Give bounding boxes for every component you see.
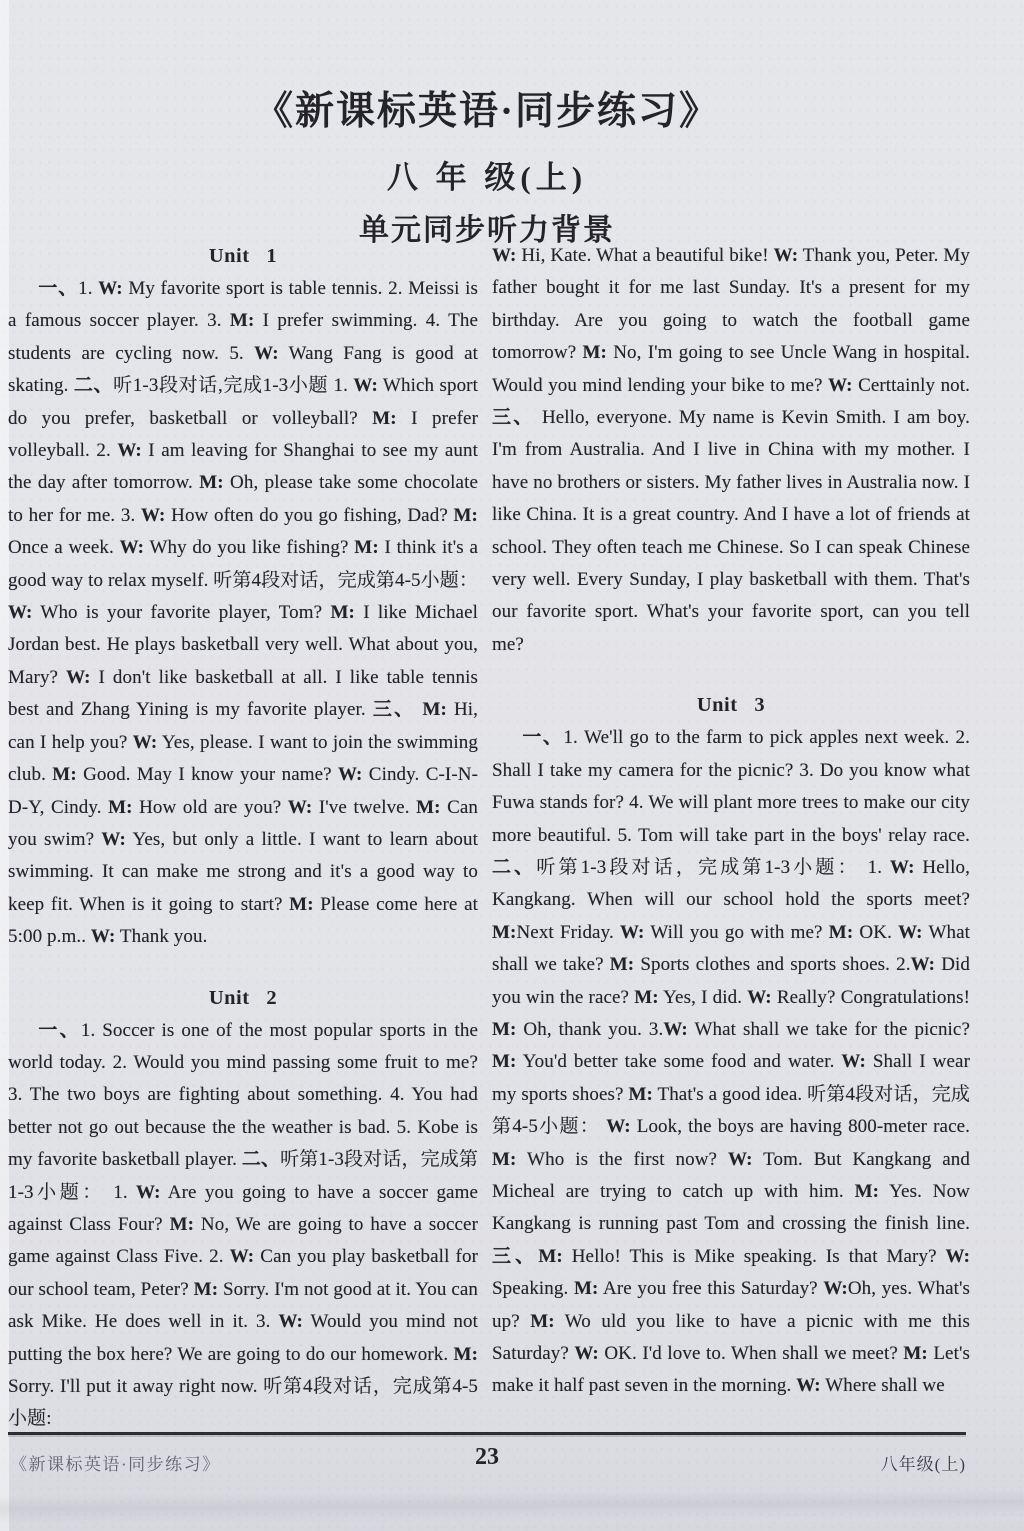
footer-edition: 八年级(上) [881,1450,966,1475]
footer-book-title: 《新课标英语·同步练习》 [10,1450,221,1475]
two-column-text: Unit 1 一、1. W: My favorite sport is tabl… [8,240,970,1430]
right-column: W: Hi, Kate. What a beautiful bike! W: T… [492,240,970,1430]
footer-page-number: 23 [475,1444,499,1471]
grade-title: 八 年 级(上) [8,152,966,197]
unit-1-heading: Unit 1 [8,240,478,273]
unit-3-transcript: 一、1. We'll go to the farm to pick apples… [492,722,970,1403]
scanned-page: 《新课标英语·同步练习》 八 年 级(上) 单元同步听力背景 Unit 1 一、… [0,0,1024,1531]
unit-1-transcript: 一、1. W: My favorite sport is table tenni… [8,273,478,954]
unit-2-heading: Unit 2 [8,982,478,1015]
page-header: 《新课标英语·同步练习》 八 年 级(上) 单元同步听力背景 [8,80,966,249]
paper-wrinkle [0,1488,1024,1525]
unit-2-transcript-left: 一、1. Soccer is one of the most popular s… [8,1015,478,1430]
book-title: 《新课标英语·同步练习》 [8,80,966,136]
unit-3-heading: Unit 3 [492,689,970,722]
left-column: Unit 1 一、1. W: My favorite sport is tabl… [8,240,478,1430]
page-footer: 《新课标英语·同步练习》 23 八年级(上) [8,1444,966,1478]
unit-2-transcript-continued: W: Hi, Kate. What a beautiful bike! W: T… [492,240,970,661]
footer-divider [8,1432,966,1435]
